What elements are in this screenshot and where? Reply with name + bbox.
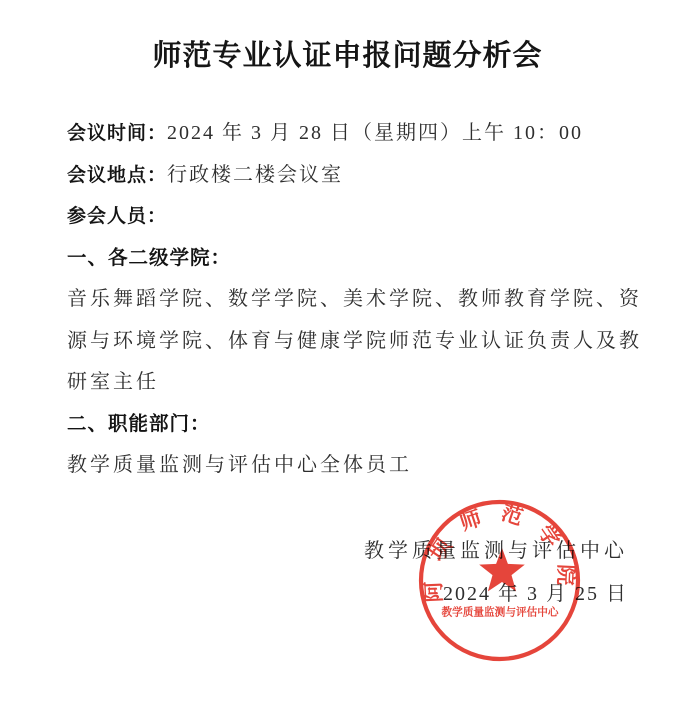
meeting-location-value: 行政楼二楼会议室 <box>167 164 343 186</box>
seal-ring-text-holder: 阿坝师范学院 <box>422 500 578 602</box>
seal-ring-text: 阿坝师范学院 <box>422 500 578 602</box>
section-1-heading: 一、各二级学院： <box>67 238 629 280</box>
section-2-text-line: 教学质量监测与评估中心全体员工 <box>67 445 629 487</box>
page-title: 师范专业认证申报问题分析会 <box>0 33 695 74</box>
meeting-time-label: 会议时间： <box>67 123 167 144</box>
section-1-text-line: 源与环境学院、体育与健康学院师范专业认证负责人及教 <box>67 321 629 363</box>
meeting-location-line: 会议地点：行政楼二楼会议室 <box>67 155 629 197</box>
meeting-location-label: 会议地点： <box>67 165 167 186</box>
section-1-text-line: 研室主任 <box>67 362 629 404</box>
participants-line: 参会人员： <box>67 196 629 238</box>
section-2-heading: 二、职能部门： <box>67 404 629 446</box>
document-page: 师范专业认证申报问题分析会 会议时间：2024 年 3 月 28 日（星期四）上… <box>0 0 695 709</box>
document-body: 会议时间：2024 年 3 月 28 日（星期四）上午 10：00 会议地点：行… <box>67 113 629 487</box>
seal-bottom-text: 教学质量监测与评估中心 <box>441 605 560 619</box>
meeting-time-line: 会议时间：2024 年 3 月 28 日（星期四）上午 10：00 <box>67 113 629 155</box>
official-seal: 阿坝师范学院 教学质量监测与评估中心 <box>416 497 583 664</box>
meeting-time-value: 2024 年 3 月 28 日（星期四）上午 10：00 <box>167 122 583 144</box>
star-icon <box>479 548 525 591</box>
section-1-text-line: 音乐舞蹈学院、数学学院、美术学院、教师教育学院、资 <box>67 279 629 321</box>
participants-label: 参会人员： <box>67 206 167 227</box>
